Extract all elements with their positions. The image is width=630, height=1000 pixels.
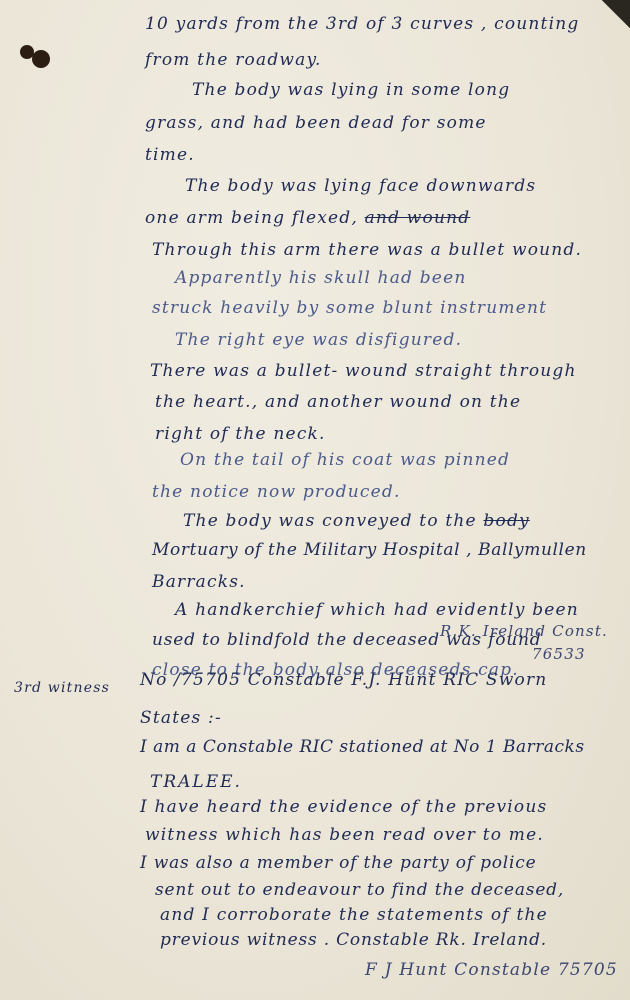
text-line: The body was lying in some long — [192, 80, 510, 100]
text-line: Barracks. — [152, 572, 246, 592]
signature-hunt: F J Hunt Constable 75705 — [365, 960, 618, 980]
text-line: The body was conveyed to the body — [183, 511, 530, 531]
text-line: the notice now produced. — [152, 482, 401, 502]
text-line-part: The body was conveyed to the — [183, 511, 477, 531]
statement-line: I have heard the evidence of the previou… — [140, 797, 547, 817]
states-label: States :- — [140, 708, 222, 728]
text-line: The body was lying face downwards — [185, 176, 536, 196]
text-line: the heart., and another wound on the — [155, 392, 521, 412]
statement-line: and I corroborate the statements of the — [160, 905, 548, 925]
text-line: 10 yards from the 3rd of 3 curves , coun… — [145, 14, 579, 34]
statement-line: sent out to endeavour to find the deceas… — [155, 880, 564, 900]
signature-hunt-number: 75705 — [558, 960, 618, 980]
text-line: A handkerchief which had evidently been — [175, 600, 579, 620]
text-line: grass, and had been dead for some — [145, 113, 487, 133]
text-line: one arm being flexed, and wound — [145, 208, 470, 228]
statement-line: TRALEE. — [150, 772, 242, 792]
text-line: On the tail of his coat was pinned — [180, 450, 510, 470]
text-line: The right eye was disfigured. — [175, 330, 462, 350]
signature-hunt-name: F J Hunt Constable — [365, 960, 551, 980]
struck-words: body — [483, 511, 529, 531]
witness-header: No /75705 Constable F.J. Hunt RIC Sworn — [140, 670, 547, 690]
text-line-part: one arm being flexed, — [145, 208, 358, 228]
document-page: 10 yards from the 3rd of 3 curves , coun… — [0, 0, 630, 1000]
text-line: struck heavily by some blunt instrument — [152, 298, 547, 318]
page-corner-shadow — [602, 0, 630, 28]
text-line: right of the neck. — [155, 424, 326, 444]
text-line: Mortuary of the Military Hospital , Ball… — [152, 540, 587, 560]
punch-hole — [32, 50, 50, 68]
signature-ireland: R.K. Ireland Const. — [440, 622, 608, 640]
statement-line: previous witness . Constable Rk. Ireland… — [160, 930, 547, 950]
margin-note: 3rd witness — [14, 680, 110, 696]
statement-line: witness which has been read over to me. — [145, 825, 544, 845]
statement-line: I am a Constable RIC stationed at No 1 B… — [140, 737, 585, 757]
statement-line: I was also a member of the party of poli… — [140, 853, 536, 873]
text-line: from the roadway. — [145, 50, 322, 70]
signature-ireland-number: 76533 — [532, 645, 586, 663]
text-line: time. — [145, 145, 195, 165]
text-line: There was a bullet- wound straight throu… — [150, 361, 577, 381]
text-line: Through this arm there was a bullet woun… — [152, 240, 582, 260]
text-line: Apparently his skull had been — [175, 268, 466, 288]
struck-words: and wound — [365, 208, 471, 228]
